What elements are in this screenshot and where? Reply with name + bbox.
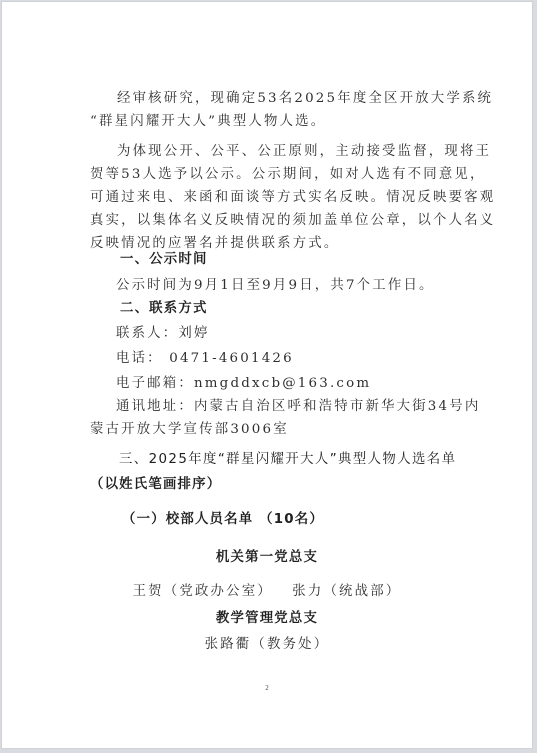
document-page: 经审核研究，现确定53名2025年度全区开放大学系统 “群星闪耀开大人”典型人物… <box>2 2 532 748</box>
notice-paragraph-line: 可通过来电、来函和面谈等方式实名反映。情况反映要客观 <box>90 189 495 207</box>
contact-address-line: 通讯地址：内蒙古自治区呼和浩特市新华大街34号内 <box>116 398 480 416</box>
contact-email: 电子邮箱：nmgddxcb@163.com <box>116 375 371 393</box>
group-members: 张路衢（教务处） <box>2 636 532 654</box>
section-heading-candidate-list: 三、2025年度“群星闪耀开大人”典型人物人选名单 <box>119 451 456 469</box>
candidate-list-sort-note: （以姓氏笔画排序） <box>90 476 221 494</box>
publicity-period-text: 公示时间为9月1日至9月9日，共7个工作日。 <box>116 277 435 295</box>
intro-paragraph-line: “群星闪耀开大人”典型人物人选。 <box>90 113 326 131</box>
page-number: 2 <box>2 684 532 692</box>
group-name: 机关第一党总支 <box>2 549 532 567</box>
notice-paragraph-line: 为体现公开、公平、公正原则，主动接受监督，现将王 <box>117 143 491 161</box>
contact-phone: 电话： 0471-4601426 <box>116 350 294 368</box>
section-heading-publicity-period: 一、公示时间 <box>120 251 208 269</box>
notice-paragraph-line: 贺等53人选予以公示。公示期间，如对人选有不同意见， <box>90 166 486 184</box>
contact-person: 联系人：刘婷 <box>116 325 210 343</box>
notice-paragraph-line: 真实，以集体名义反映情况的须加盖单位公章，以个人名义 <box>90 212 495 230</box>
intro-paragraph-line: 经审核研究，现确定53名2025年度全区开放大学系统 <box>117 90 493 108</box>
subsection-heading-school-staff: （一）校部人员名单 （10名） <box>122 511 324 529</box>
contact-address-line: 蒙古开放大学宣传部3006室 <box>90 421 289 439</box>
section-heading-contact: 二、联系方式 <box>120 300 208 318</box>
group-members: 王贺（党政办公室） 张力（统战部） <box>2 583 532 601</box>
group-name: 教学管理党总支 <box>2 610 532 628</box>
